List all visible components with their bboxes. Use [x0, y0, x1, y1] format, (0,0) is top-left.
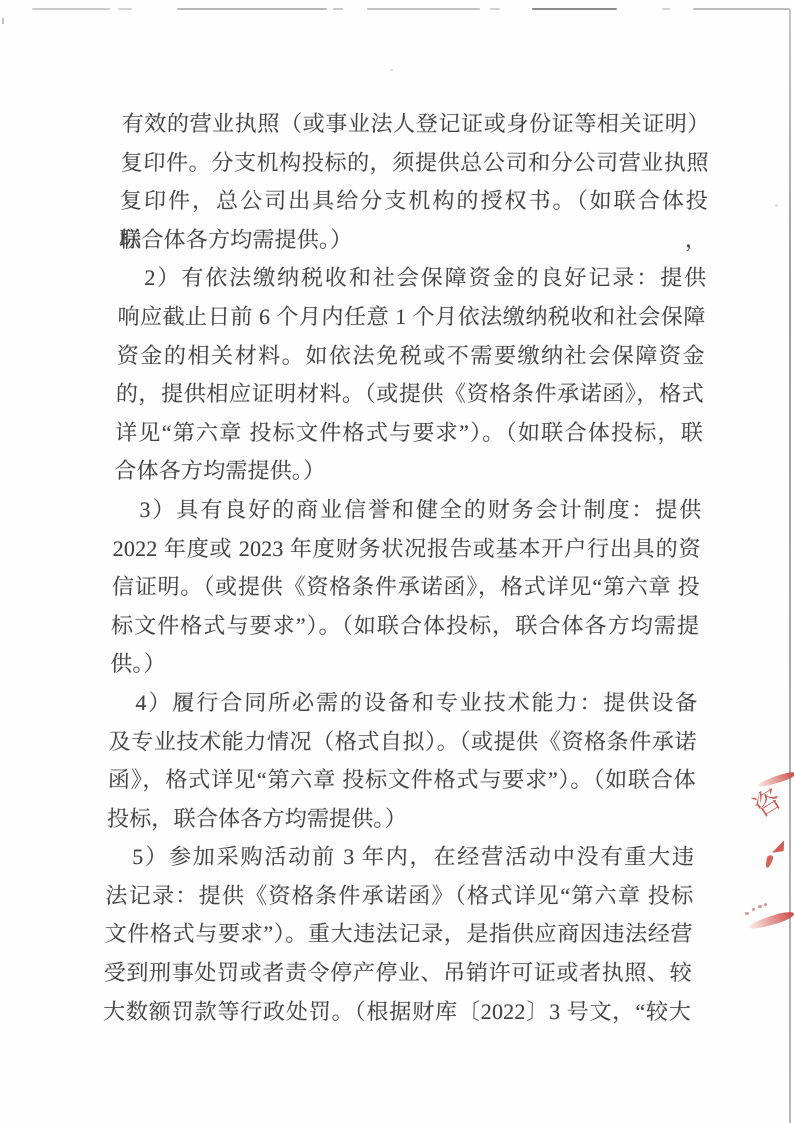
stamp-stroke-icon — [748, 909, 794, 931]
text-line: 详见“第六章 投标文件格式与要求”）。（如联合体投标，联 — [115, 414, 704, 453]
text-line: 有效的营业执照（或事业法人登记证或身份证等相关证明） — [121, 105, 710, 144]
scan-edge-line-segment — [177, 8, 327, 10]
text-line: 5）参加采购活动前 3 年内，在经营活动中没有重大违 — [106, 838, 695, 877]
stamp-speck — [764, 903, 767, 906]
text-line: 复印件。分支机构投标的，须提供总公司和分公司营业执照 — [120, 144, 709, 183]
text-line: 3）具有良好的商业信誉和健全的财务会计制度：提供 — [113, 491, 702, 530]
text-line: 供。） — [110, 645, 699, 684]
text-line: 4）履行合同所必需的设备和专业技术能力：提供设备 — [109, 684, 698, 723]
scan-edge-line-segment — [662, 8, 670, 10]
scan-edge-line-segment — [367, 8, 480, 10]
document-text: 有效的营业执照（或事业法人登记证或身份证等相关证明）复印件。分支机构投标的，须提… — [103, 105, 710, 1031]
stamp-speck — [745, 912, 749, 915]
text-line: 投标，联合体各方均需提供。） — [107, 800, 696, 839]
page-edge-line — [789, 9, 791, 1123]
scan-speck — [390, 69, 393, 71]
text-line: 2）有依法缴纳税收和社会保障资金的良好记录：提供 — [118, 259, 707, 298]
scanned-document-page: 有效的营业执照（或事业法人登记证或身份证等相关证明）复印件。分支机构投标的，须提… — [0, 0, 794, 1123]
stamp-speck — [758, 905, 762, 908]
scan-edge-line-segment — [532, 8, 617, 10]
scan-left-tick — [2, 18, 4, 24]
text-line: 函》，格式详见“第六章 投标文件格式与要求”）。（如联合体 — [107, 761, 696, 800]
scan-edge-line-segment — [32, 8, 110, 10]
scan-edge-line-segment — [333, 8, 343, 10]
text-line: 标文件格式与要求”）。（如联合体投标，联合体各方均需提 — [111, 607, 700, 646]
text-line: 受到刑事处罚或者责令停产停业、吊销许可证或者执照、较 — [103, 954, 692, 993]
text-line: 信证明。（或提供《资格条件承诺函》，格式详见“第六章 投 — [111, 568, 700, 607]
stamp-character: 咨 — [749, 785, 786, 822]
text-line: 大数额罚款等行政处罚。（根据财库〔2022〕3 号文，“较大 — [103, 993, 692, 1032]
scan-top-edge-line — [0, 8, 794, 11]
text-line: 复印件，总公司出具给分支机构的授权书。（如联合体投标， — [120, 182, 709, 221]
stamp-mark-icon — [764, 854, 774, 868]
stamp-mark-icon — [770, 840, 785, 853]
scan-edge-line-segment — [118, 8, 132, 10]
text-line: 的，提供相应证明材料。（或提供《资格条件承诺函》，格式 — [116, 375, 705, 414]
text-line: 资金的相关材料。如依法免税或不需要缴纳社会保障资金 — [116, 337, 705, 376]
text-line: 法记录：提供《资格条件承诺函》（格式详见“第六章 投标 — [105, 877, 694, 916]
scan-edge-line-segment — [693, 8, 790, 10]
text-line: 文件格式与要求”）。重大违法记录，是指供应商因违法经营 — [104, 915, 693, 954]
text-line: 合体各方均需提供。） — [114, 452, 703, 491]
scan-edge-line-segment — [490, 8, 500, 10]
stamp-speck — [752, 908, 755, 911]
text-line: 2022 年度或 2023 年度财务状况报告或基本开户行出具的资 — [112, 530, 701, 569]
text-line: 及专业技术能力情况（格式自拟）。（或提供《资格条件承诺 — [108, 723, 697, 762]
scan-speck — [775, 204, 778, 207]
text-line: 响应截止日前 6 个月内任意 1 个月依法缴纳税收和社会保障 — [117, 298, 706, 337]
